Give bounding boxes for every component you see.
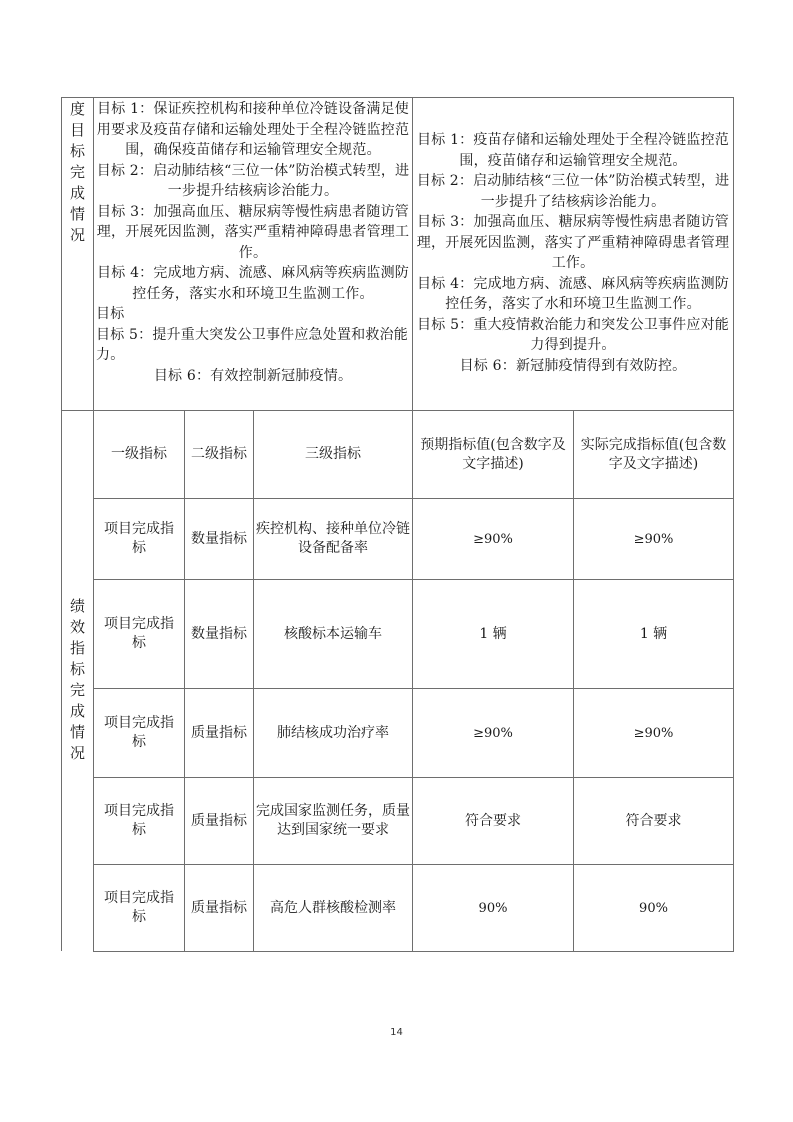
table-top-border bbox=[61, 97, 734, 98]
row5-level1: 项目完成指标 bbox=[94, 865, 184, 951]
label-char: 标 bbox=[70, 141, 85, 162]
label-char: 度 bbox=[70, 99, 85, 120]
label-char: 完 bbox=[70, 680, 85, 701]
planned-goal-stub: 目标 bbox=[96, 304, 410, 325]
label-char: 目 bbox=[70, 120, 85, 141]
label-char: 效 bbox=[70, 617, 85, 638]
row1-expected: ≥90% bbox=[413, 499, 573, 579]
planned-goal-4: 目标 4：完成地方病、流感、麻风病等疾病监测防控任务，落实水和环境卫生监测工作。 bbox=[96, 263, 410, 304]
row1-actual: ≥90% bbox=[574, 499, 733, 579]
row1-level2: 数量指标 bbox=[185, 499, 253, 579]
planned-goal-5: 目标 5：提升重大突发公卫事件应急处置和救治能力。 bbox=[96, 325, 410, 366]
label-char: 标 bbox=[70, 659, 85, 680]
actual-goal-4: 目标 4：完成地方病、流感、麻风病等疾病监测防控任务，落实了水和环境卫生监测工作… bbox=[415, 274, 731, 315]
label-char: 完 bbox=[70, 162, 85, 183]
planned-goal-1: 目标 1：保证疾控机构和接种单位冷链设备满足使用要求及疫苗存储和运输处理处于全程… bbox=[96, 99, 410, 161]
page-number: 14 bbox=[0, 1027, 793, 1038]
header-expected: 预期指标值(包含数字及文字描述) bbox=[413, 411, 573, 498]
row3-level3: 肺结核成功治疗率 bbox=[254, 689, 412, 777]
row3-expected: ≥90% bbox=[413, 689, 573, 777]
actual-goal-6: 目标 6：新冠肺疫情得到有效防控。 bbox=[415, 356, 731, 377]
header-level2: 二级指标 bbox=[185, 411, 253, 498]
label-char: 情 bbox=[70, 722, 85, 743]
planned-goal-3: 目标 3：加强高血压、糖尿病等慢性病患者随访管理，开展死因监测，落实严重精神障碍… bbox=[96, 202, 410, 264]
header-actual: 实际完成指标值(包含数字及文字描述) bbox=[574, 411, 733, 498]
row1-level1: 项目完成指标 bbox=[94, 499, 184, 579]
table-right-border bbox=[733, 97, 734, 952]
label-char: 况 bbox=[70, 225, 85, 246]
row5-level3: 高危人群核酸检测率 bbox=[254, 865, 412, 951]
label-char: 指 bbox=[70, 638, 85, 659]
row2-expected: 1 辆 bbox=[413, 580, 573, 688]
indicators-section-label: 绩 效 指 标 完 成 情 况 bbox=[62, 580, 93, 780]
header-level1: 一级指标 bbox=[94, 411, 184, 498]
row5-expected: 90% bbox=[413, 865, 573, 951]
row3-level2: 质量指标 bbox=[185, 689, 253, 777]
actual-goal-3: 目标 3：加强高血压、糖尿病等慢性病患者随访管理，开展死因监测，落实了严重精神障… bbox=[415, 212, 731, 274]
row4-level1: 项目完成指标 bbox=[94, 778, 184, 864]
planned-goals: 目标 1：保证疾控机构和接种单位冷链设备满足使用要求及疫苗存储和运输处理处于全程… bbox=[94, 99, 412, 386]
planned-goal-6: 目标 6：有效控制新冠肺疫情。 bbox=[96, 366, 410, 387]
row2-level1: 项目完成指标 bbox=[94, 580, 184, 688]
row1-level3: 疾控机构、接种单位冷链设备配备率 bbox=[254, 499, 412, 579]
row4-level3: 完成国家监测任务，质量达到国家统一要求 bbox=[254, 778, 412, 864]
header-level3: 三级指标 bbox=[254, 411, 412, 498]
row2-level2: 数量指标 bbox=[185, 580, 253, 688]
planned-goal-2: 目标 2：启动肺结核“三位一体”防治模式转型，进一步提升结核病诊治能力。 bbox=[96, 161, 410, 202]
row4-expected: 符合要求 bbox=[413, 778, 573, 864]
goals-section-label: 度 目 标 完 成 情 况 bbox=[62, 98, 93, 268]
actual-goals: 目标 1：疫苗存储和运输处理处于全程冷链监控范围，疫苗储存和运输管理安全规范。 … bbox=[413, 130, 733, 376]
row5-level2: 质量指标 bbox=[185, 865, 253, 951]
row2-actual: 1 辆 bbox=[574, 580, 733, 688]
row3-actual: ≥90% bbox=[574, 689, 733, 777]
table-bottom-border bbox=[93, 951, 734, 952]
row3-level1: 项目完成指标 bbox=[94, 689, 184, 777]
row5-actual: 90% bbox=[574, 865, 733, 951]
row4-level2: 质量指标 bbox=[185, 778, 253, 864]
actual-goal-2: 目标 2：启动肺结核“三位一体”防治模式转型，进一步提升了结核病诊治能力。 bbox=[415, 171, 731, 212]
label-char: 成 bbox=[70, 183, 85, 204]
row2-level3: 核酸标本运输车 bbox=[254, 580, 412, 688]
label-char: 绩 bbox=[70, 596, 85, 617]
actual-goal-1: 目标 1：疫苗存储和运输处理处于全程冷链监控范围，疫苗储存和运输管理安全规范。 bbox=[415, 130, 731, 171]
actual-goal-5: 目标 5：重大疫情救治能力和突发公卫事件应对能力得到提升。 bbox=[415, 315, 731, 356]
row4-actual: 符合要求 bbox=[574, 778, 733, 864]
label-char: 成 bbox=[70, 701, 85, 722]
label-char: 情 bbox=[70, 204, 85, 225]
label-char: 况 bbox=[70, 743, 85, 764]
